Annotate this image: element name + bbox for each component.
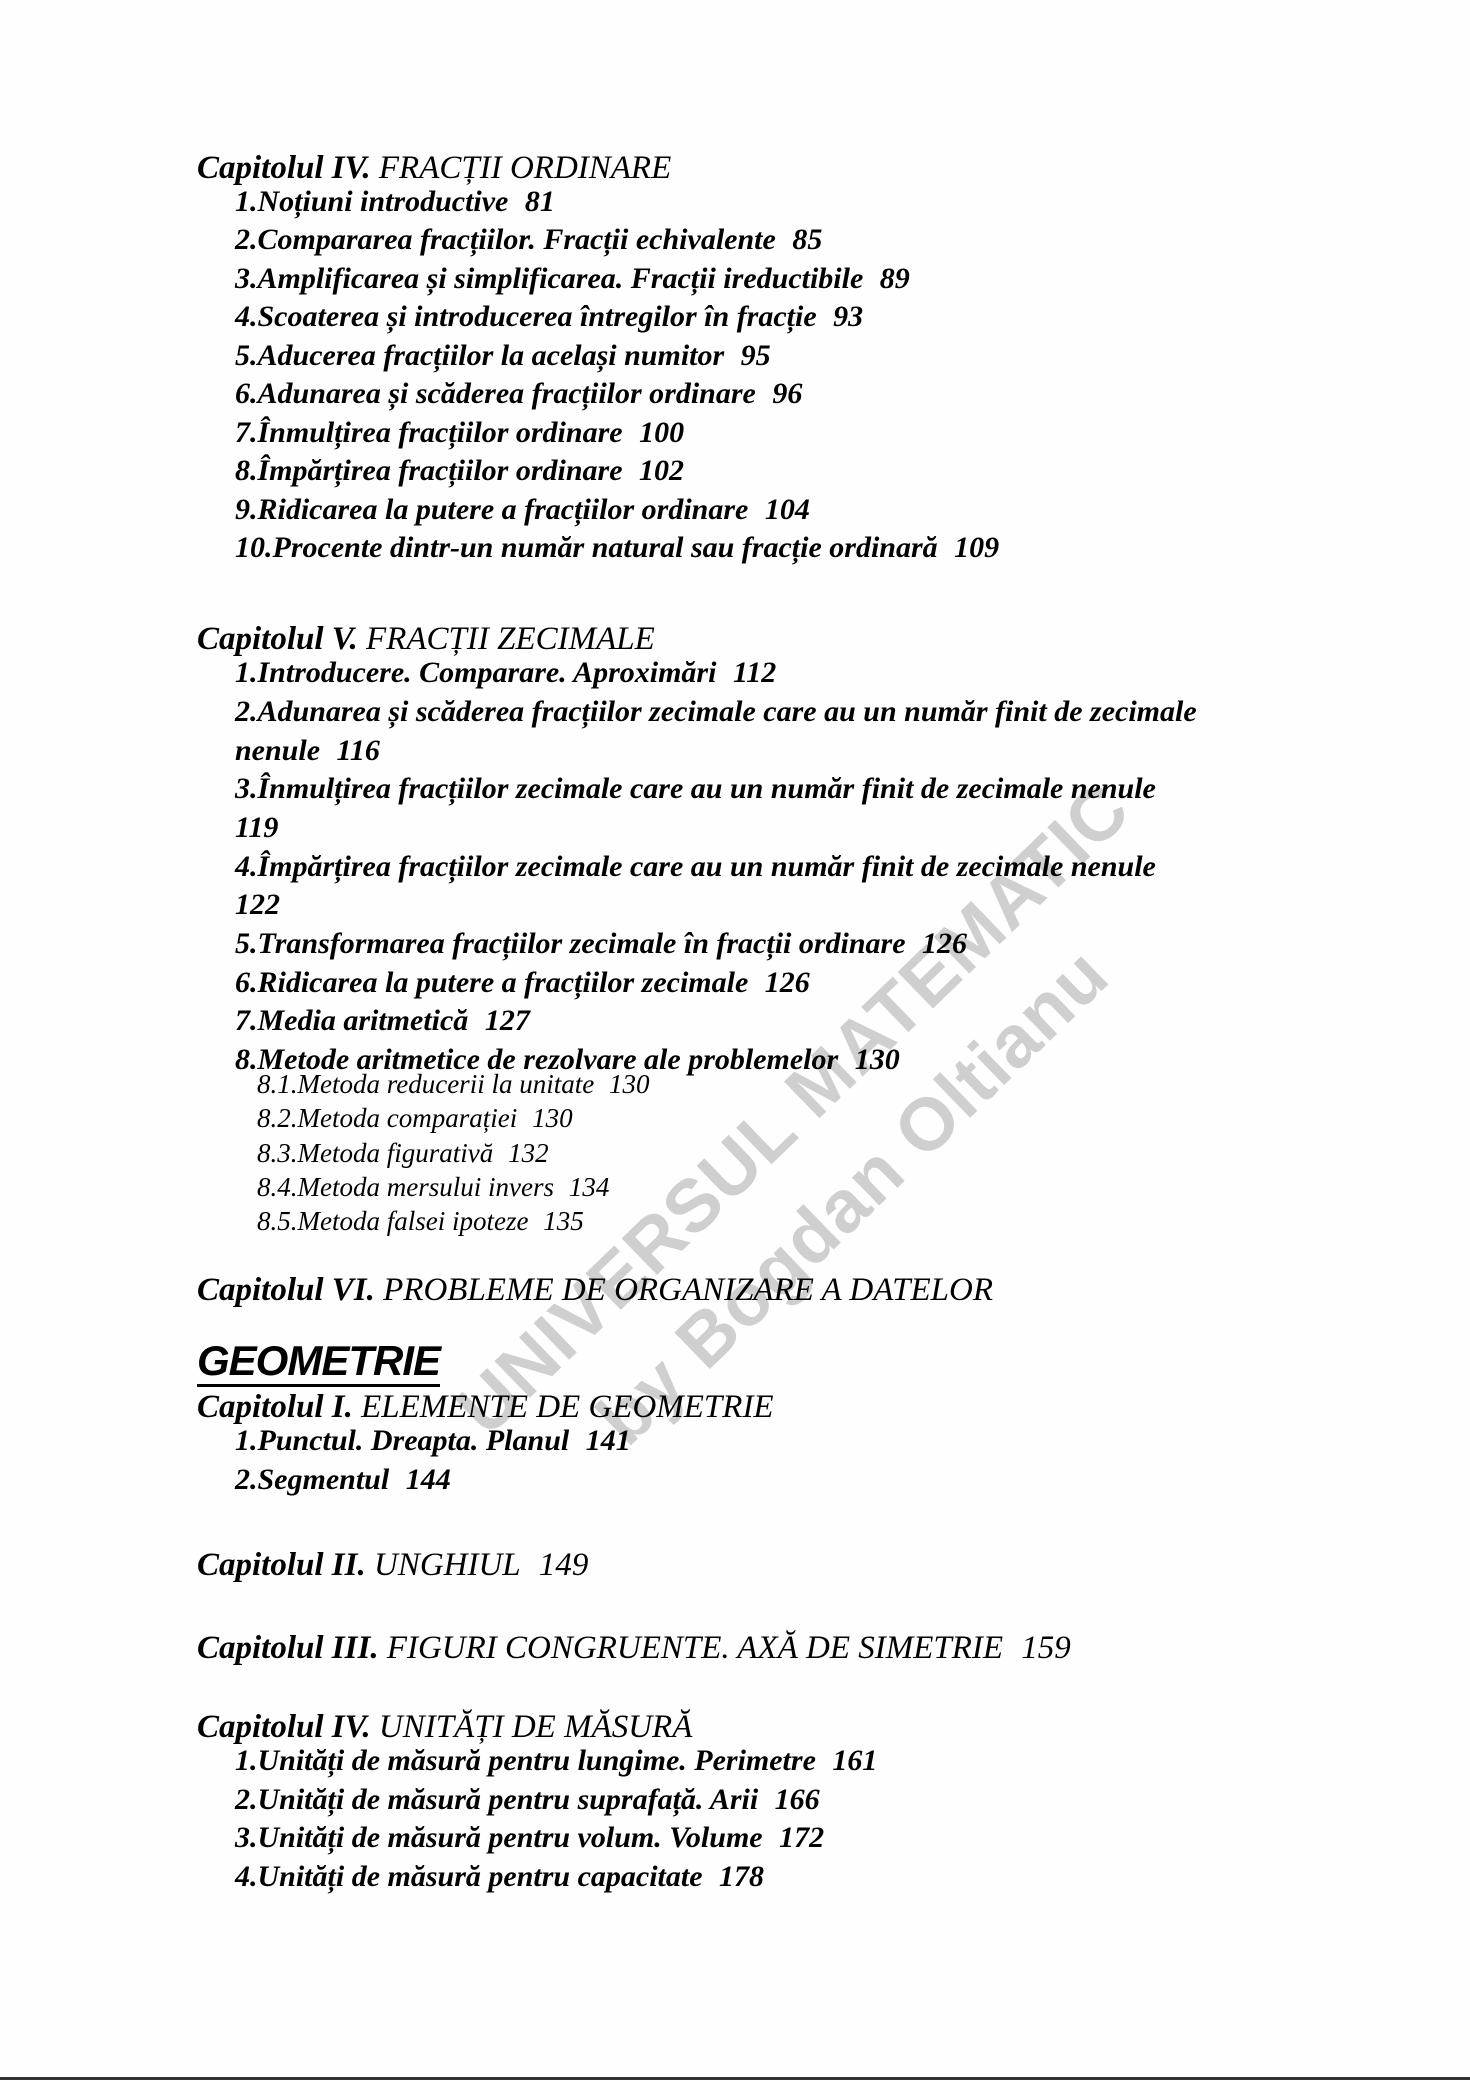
toc-item[interactable]: 10.Procente dintr-un număr natural sau f… <box>235 533 999 563</box>
toc-item-text: 2.Segmentul <box>235 1463 389 1496</box>
toc-item[interactable]: 1.Introducere. Comparare. Aproximări112 <box>235 658 776 688</box>
chapter-heading[interactable]: Capitolul VI. PROBLEME DE ORGANIZARE A D… <box>197 1274 993 1307</box>
page-number: 130 <box>855 1043 900 1076</box>
toc-item-text: 7.Media aritmetică <box>235 1004 468 1037</box>
toc-item[interactable]: 3.Amplificarea și simplificarea. Fracții… <box>235 264 910 294</box>
toc-item-text: 6.Ridicarea la putere a fracțiilor zecim… <box>235 966 748 999</box>
toc-item-text: 3.Unități de măsură pentru volum. Volume <box>235 1821 763 1854</box>
toc-item-text: 3.Înmulțirea fracțiilor zecimale care au… <box>235 772 1156 805</box>
toc-item[interactable]: 4.Scoaterea și introducerea întregilor î… <box>235 302 863 332</box>
toc-item-continuation[interactable]: nenule116 <box>235 736 380 766</box>
toc-item[interactable]: 2.Segmentul144 <box>235 1465 451 1495</box>
chapter-title: FRACȚII ZECIMALE <box>366 621 655 657</box>
page-number: 159 <box>1021 1630 1071 1666</box>
toc-item-continuation[interactable]: 122 <box>235 890 280 920</box>
chapter-label: Capitolul IV. <box>197 150 371 186</box>
section-title-geometry: GEOMETRIE <box>197 1340 440 1387</box>
chapter-heading: Capitolul IV. FRACȚII ORDINARE <box>197 152 671 185</box>
chapter-label: Capitolul I. <box>197 1389 353 1425</box>
page-number: 130 <box>532 1103 573 1133</box>
page-number: 178 <box>719 1860 764 1893</box>
page-number: 126 <box>922 927 967 960</box>
toc-subitem[interactable]: 8.5.Metoda falsei ipoteze135 <box>257 1208 584 1235</box>
toc-item-continuation[interactable]: 119 <box>235 813 278 843</box>
toc-item[interactable]: 9.Ridicarea la putere a fracțiilor ordin… <box>235 495 810 525</box>
toc-item-text: 8.Împărțirea fracțiilor ordinare <box>235 454 623 487</box>
toc-item[interactable]: 2.Adunarea și scăderea fracțiilor zecima… <box>235 697 1197 727</box>
chapter-heading[interactable]: Capitolul II. UNGHIUL149 <box>197 1549 588 1582</box>
toc-item-text: 6.Adunarea și scăderea fracțiilor ordina… <box>235 377 756 410</box>
chapter-title: UNGHIUL <box>374 1547 521 1583</box>
toc-item-text: 2.Compararea fracțiilor. Fracții echival… <box>235 223 776 256</box>
toc-item[interactable]: 2.Compararea fracțiilor. Fracții echival… <box>235 225 822 255</box>
toc-item[interactable]: 5.Transformarea fracțiilor zecimale în f… <box>235 929 967 959</box>
page-number: 149 <box>539 1547 589 1583</box>
page-number: 116 <box>337 734 380 767</box>
chapter-label: Capitolul V. <box>197 621 358 657</box>
toc-item[interactable]: 8.Împărțirea fracțiilor ordinare102 <box>235 456 684 486</box>
toc-item-text: 10.Procente dintr-un număr natural sau f… <box>235 531 938 564</box>
chapter-heading[interactable]: Capitolul III. FIGURI CONGRUENTE. AXĂ DE… <box>197 1632 1071 1665</box>
toc-item-text: 4.Împărțirea fracțiilor zecimale care au… <box>235 850 1156 883</box>
page-number: 141 <box>586 1424 631 1457</box>
toc-item-text: 1.Unități de măsură pentru lungime. Peri… <box>235 1744 816 1777</box>
page-number: 135 <box>543 1206 584 1236</box>
page-number: 93 <box>833 300 863 333</box>
chapter-title: FIGURI CONGRUENTE. AXĂ DE SIMETRIE <box>387 1630 1003 1666</box>
toc-subitem[interactable]: 8.4.Metoda mersului invers134 <box>257 1174 609 1201</box>
toc-item[interactable]: 2.Unități de măsură pentru suprafață. Ar… <box>235 1785 820 1815</box>
page-number: 134 <box>569 1172 610 1202</box>
chapter-label: Capitolul III. <box>197 1630 379 1666</box>
toc-item-text: 7.Înmulțirea fracțiilor ordinare <box>235 416 623 449</box>
chapter-label: Capitolul IV. <box>197 1709 371 1745</box>
page-number: 119 <box>235 811 278 844</box>
chapter-label: Capitolul VI. <box>197 1272 375 1308</box>
toc-item-text: 2.Unități de măsură pentru suprafață. Ar… <box>235 1783 758 1816</box>
chapter-heading: Capitolul IV. UNITĂȚI DE MĂSURĂ <box>197 1711 692 1744</box>
toc-item-text: 4.Unități de măsură pentru capacitate <box>235 1860 703 1893</box>
toc-subitem[interactable]: 8.1.Metoda reducerii la unitate130 <box>257 1071 650 1098</box>
toc-subitem-text: 8.5.Metoda falsei ipoteze <box>257 1206 528 1236</box>
page-number: 112 <box>733 656 776 689</box>
chapter-label: Capitolul II. <box>197 1547 366 1583</box>
toc-item-text: 4.Scoaterea și introducerea întregilor î… <box>235 300 817 333</box>
page-number: 102 <box>639 454 684 487</box>
toc-item-text: 1.Punctul. Dreapta. Planul <box>235 1424 569 1457</box>
page-number: 172 <box>779 1821 824 1854</box>
toc-item[interactable]: 3.Unități de măsură pentru volum. Volume… <box>235 1823 824 1853</box>
page-number: 130 <box>609 1069 650 1099</box>
toc-item-text: 3.Amplificarea și simplificarea. Fracții… <box>235 262 863 295</box>
page-number: 166 <box>775 1783 820 1816</box>
page-number: 96 <box>772 377 802 410</box>
page-number: 95 <box>741 339 771 372</box>
toc-item-text: 1.Noțiuni introductive <box>235 185 508 218</box>
toc-item-text: nenule <box>235 734 320 767</box>
page-number: 126 <box>765 966 810 999</box>
toc-item[interactable]: 5.Aducerea fracțiilor la același numitor… <box>235 341 771 371</box>
toc-subitem[interactable]: 8.3.Metoda figurativă132 <box>257 1140 549 1167</box>
toc-subitem-text: 8.2.Metoda comparației <box>257 1103 517 1133</box>
chapter-heading: Capitolul I. ELEMENTE DE GEOMETRIE <box>197 1391 774 1424</box>
chapter-heading: Capitolul V. FRACȚII ZECIMALE <box>197 623 655 656</box>
toc-item[interactable]: 3.Înmulțirea fracțiilor zecimale care au… <box>235 774 1156 804</box>
toc-item-text: 5.Aducerea fracțiilor la același numitor <box>235 339 724 372</box>
toc-subitem-text: 8.1.Metoda reducerii la unitate <box>257 1069 594 1099</box>
toc-subitem[interactable]: 8.2.Metoda comparației130 <box>257 1105 573 1132</box>
page-number: 122 <box>235 888 280 921</box>
toc-item[interactable]: 7.Media aritmetică127 <box>235 1006 530 1036</box>
toc-item-text: 1.Introducere. Comparare. Aproximări <box>235 656 716 689</box>
page-number: 144 <box>406 1463 451 1496</box>
toc-item[interactable]: 6.Ridicarea la putere a fracțiilor zecim… <box>235 968 810 998</box>
chapter-title: UNITĂȚI DE MĂSURĂ <box>379 1709 692 1745</box>
toc-item[interactable]: 4.Împărțirea fracțiilor zecimale care au… <box>235 852 1156 882</box>
page-number: 81 <box>525 185 555 218</box>
toc-item[interactable]: 1.Unități de măsură pentru lungime. Peri… <box>235 1746 877 1776</box>
page-number: 85 <box>792 223 822 256</box>
toc-item-text: 5.Transformarea fracțiilor zecimale în f… <box>235 927 906 960</box>
page-number: 89 <box>880 262 910 295</box>
page-number: 109 <box>954 531 999 564</box>
toc-item[interactable]: 1.Punctul. Dreapta. Planul141 <box>235 1426 631 1456</box>
toc-subitem-text: 8.4.Metoda mersului invers <box>257 1172 554 1202</box>
chapter-title: PROBLEME DE ORGANIZARE A DATELOR <box>383 1272 993 1308</box>
toc-item[interactable]: 7.Înmulțirea fracțiilor ordinare100 <box>235 418 684 448</box>
chapter-title: FRACȚII ORDINARE <box>379 150 671 186</box>
toc-item-text: 2.Adunarea și scăderea fracțiilor zecima… <box>235 695 1197 728</box>
document-page: UNIVERSUL MATEMATIC by Bogdan Oltianu Ca… <box>0 0 1470 2080</box>
toc-item-text: 9.Ridicarea la putere a fracțiilor ordin… <box>235 493 748 526</box>
page-number: 104 <box>765 493 810 526</box>
page-number: 100 <box>639 416 684 449</box>
page-number: 132 <box>508 1138 549 1168</box>
toc-subitem-text: 8.3.Metoda figurativă <box>257 1138 493 1168</box>
page-number: 161 <box>832 1744 877 1777</box>
page-number: 127 <box>485 1004 530 1037</box>
toc-item[interactable]: 1.Noțiuni introductive81 <box>235 187 555 217</box>
toc-item[interactable]: 6.Adunarea și scăderea fracțiilor ordina… <box>235 379 802 409</box>
chapter-title: ELEMENTE DE GEOMETRIE <box>361 1389 773 1425</box>
toc-item[interactable]: 4.Unități de măsură pentru capacitate178 <box>235 1862 764 1892</box>
